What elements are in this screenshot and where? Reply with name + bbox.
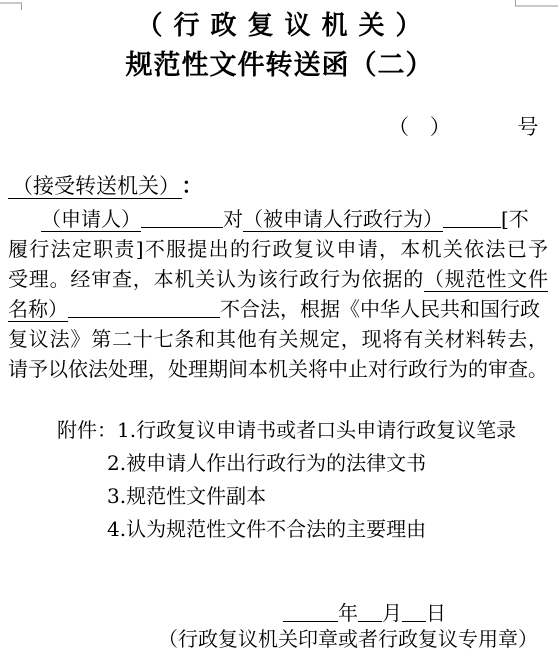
text-segment: 复议法》第二十七条和其他有关规定，现将有关材料转去， xyxy=(8,327,548,351)
text-segment: 履行法定职责]不服提出的行政复议申请，本机关依法已予 xyxy=(8,237,548,261)
body-line: 名称）不合法，根据《中华人民共和国行政 xyxy=(8,294,548,324)
doc-number-suffix: 号 xyxy=(517,115,538,139)
blank-fill-field xyxy=(141,213,223,228)
underlined-text-segment: （被申请人行政行为） xyxy=(243,207,443,232)
attachment-item: 4.认为规范性文件不合法的主要理由 xyxy=(57,513,516,546)
recipient-blank-field: （接受转送机关） xyxy=(8,174,182,199)
doc-number-close-bracket: ） xyxy=(430,115,451,139)
document-title-main: 规范性文件转送函（二） xyxy=(0,43,558,82)
text-segment: 受理。经审查，本机关认为该行政行为依据的 xyxy=(8,267,424,291)
underlined-text-segment: （规范性文件 xyxy=(424,267,548,292)
document-title-org: （行政复议机关） xyxy=(0,5,558,42)
attachment-item-text: 3.规范性文件副本 xyxy=(107,484,266,508)
body-line: 复议法》第二十七条和其他有关规定，现将有关材料转去， xyxy=(8,324,548,354)
blank-fill-field xyxy=(358,607,382,622)
text-segment: 年 xyxy=(338,601,358,625)
text-segment: [不 xyxy=(501,207,529,231)
text-segment: 请予以依法处理，处理期间本机关将中止对行政行为的审查。 xyxy=(8,357,548,381)
date-line: 年月日 xyxy=(283,597,446,626)
text-segment: 不合法，根据《中华人民共和国行政 xyxy=(220,297,540,321)
attachment-item-text: 4.认为规范性文件不合法的主要理由 xyxy=(107,517,426,541)
text-segment: 月 xyxy=(382,601,402,625)
blank-fill-field xyxy=(283,607,338,622)
body-line: （申请人）对（被申请人行政行为）[不 xyxy=(8,204,548,234)
attachment-item-text: 1.行政复议申请书或者口头申请行政复议笔录 xyxy=(117,418,516,442)
attachments-label: 附件： xyxy=(57,418,117,442)
recipient-colon: ： xyxy=(182,173,203,198)
blank-fill-field xyxy=(443,213,501,228)
attachment-item: 2.被申请人作出行政行为的法律文书 xyxy=(57,447,516,480)
attachments-block: 附件：1.行政复议申请书或者口头申请行政复议笔录2.被申请人作出行政行为的法律文… xyxy=(57,414,516,546)
attachment-item-text: 2.被申请人作出行政行为的法律文书 xyxy=(107,451,426,475)
seal-note: （行政复议机关印章或者行政复议专用章） xyxy=(158,623,538,650)
text-segment: 日 xyxy=(426,601,446,625)
body-line: 请予以依法处理，处理期间本机关将中止对行政行为的审查。 xyxy=(8,354,548,384)
blank-fill-field xyxy=(68,303,220,318)
body-paragraph: （申请人）对（被申请人行政行为）[不履行法定职责]不服提出的行政复议申请，本机关… xyxy=(8,204,548,384)
doc-number-open-bracket: （ xyxy=(388,115,409,139)
body-line: 受理。经审查，本机关认为该行政行为依据的（规范性文件 xyxy=(8,264,548,294)
body-line: 履行法定职责]不服提出的行政复议申请，本机关依法已予 xyxy=(8,234,548,264)
attachment-item: 附件：1.行政复议申请书或者口头申请行政复议笔录 xyxy=(57,414,516,447)
document-page: （行政复议机关） 规范性文件转送函（二） （ ） 号 （接受转送机关）： （申请… xyxy=(0,0,558,650)
underlined-text-segment: （申请人） xyxy=(41,207,141,232)
attachment-item: 3.规范性文件副本 xyxy=(57,480,516,513)
underlined-text-segment: 名称） xyxy=(8,297,68,322)
blank-fill-field xyxy=(402,607,426,622)
recipient-line: （接受转送机关）： xyxy=(8,170,203,200)
doc-number-line: （ ） 号 xyxy=(388,111,538,141)
text-segment: 对 xyxy=(223,207,243,231)
